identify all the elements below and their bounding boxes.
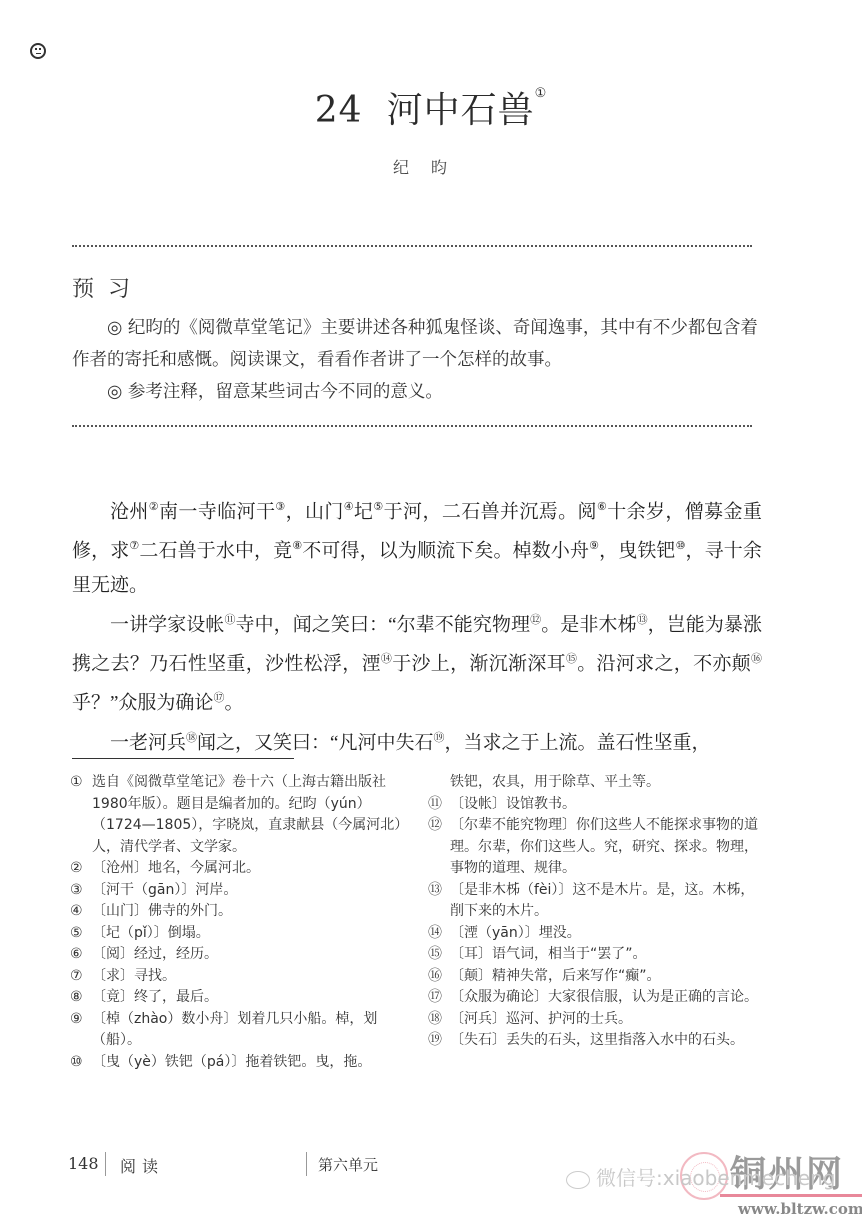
footnote-item: ⑨〔棹（zhào）数小舟〕划着几只小船。棹，划（船）。 (70, 1009, 410, 1052)
footnote-mark: ⑬ (428, 880, 450, 923)
footnote-reference[interactable]: ⑥ (597, 501, 607, 513)
author-name: 纪昀 (0, 155, 862, 178)
lesson-title-text: 河中石兽 (387, 90, 535, 131)
body-text-segment: ，山门 (286, 501, 344, 522)
body-paragraph: 沧州②南一寺临河干③，山门④圮⑤于河，二石兽并沉焉。阅⑥十余岁，僧募金重修，求⑦… (72, 490, 762, 603)
body-text-segment: ，当求之于上流。盖石性坚重， (444, 732, 710, 753)
footnote-reference[interactable]: ⑧ (292, 540, 302, 552)
footnote-item: ⑦〔求〕寻找。 (70, 966, 410, 988)
lesson-number: 24 (315, 90, 363, 131)
footnote-mark: ⑥ (70, 944, 92, 966)
footnote-mark: ⑱ (428, 1009, 450, 1031)
footnote-item: ④〔山门〕佛寺的外门。 (70, 901, 410, 923)
footnote-item: ⑲〔失石〕丢失的石头，这里指落入水中的石头。 (428, 1030, 768, 1052)
footnote-text: 〔失石〕丢失的石头，这里指落入水中的石头。 (450, 1030, 768, 1052)
footnote-reference[interactable]: ⑲ (433, 732, 444, 744)
footnote-text: 〔是非木柹（fèi）〕这不是木片。是，这。木柹，削下来的木片。 (450, 880, 768, 923)
footnote-text: 〔耳〕语气词，相当于“罢了”。 (450, 944, 768, 966)
footnote-mark: ④ (70, 901, 92, 923)
footnote-mark: ② (70, 858, 92, 880)
footnote-mark: ⑯ (428, 966, 450, 988)
wechat-icon (566, 1171, 590, 1189)
lesson-title: 24河中石兽① (0, 82, 862, 133)
body-text-segment: 于沙上，渐沉渐深耳 (392, 653, 566, 674)
footnote-mark: ⑨ (70, 1009, 92, 1052)
footnotes-right-column: 铁钯，农具，用于除草、平土等。 ⑪〔设帐〕设馆教书。⑫〔尔辈不能究物理〕你们这些… (428, 772, 768, 1052)
footnote-mark: ⑧ (70, 987, 92, 1009)
footer-section: 阅读 (120, 1154, 164, 1177)
main-text: 沧州②南一寺临河干③，山门④圮⑤于河，二石兽并沉焉。阅⑥十余岁，僧募金重修，求⑦… (72, 490, 762, 760)
footnote-mark: ⑲ (428, 1030, 450, 1052)
footnote-reference[interactable]: ③ (275, 501, 285, 513)
footnote-text: 〔圮（pǐ）〕倒塌。 (92, 923, 410, 945)
footnote-item: ⑤〔圮（pǐ）〕倒塌。 (70, 923, 410, 945)
body-text-segment: 闻之，又笑曰：“凡河中失石 (197, 732, 433, 753)
footnote-reference[interactable]: ⑨ (589, 540, 599, 552)
footnote-reference[interactable]: ⑭ (381, 653, 392, 665)
body-text-segment: 圮 (354, 501, 373, 522)
body-text-segment: 。 (224, 693, 243, 714)
watermark-url: www.bltzw.com (738, 1200, 862, 1218)
footnote-text: 〔沧州〕地名，今属河北。 (92, 858, 410, 880)
footnote-mark: ⑪ (428, 794, 450, 816)
footnote-mark: ③ (70, 880, 92, 902)
footnote-text: 〔颠〕精神失常，后来写作“癫”。 (450, 966, 768, 988)
footnote-mark: ⑭ (428, 923, 450, 945)
footnote-item: ⑬〔是非木柹（fèi）〕这不是木片。是，这。木柹，削下来的木片。 (428, 880, 768, 923)
footnote-text: 〔尔辈不能究物理〕你们这些人不能探求事物的道理。尔辈，你们这些人。究，研究、探求… (450, 815, 768, 880)
footnote-text: 选自《阅微草堂笔记》卷十六（上海古籍出版社1980年版）。题目是编者加的。纪昀（… (92, 772, 410, 858)
footnote-continuation: 铁钯，农具，用于除草、平土等。 (428, 772, 768, 794)
footnote-item: ⑥〔阅〕经过，经历。 (70, 944, 410, 966)
footnote-reference[interactable]: ④ (344, 501, 354, 513)
preview-item: ◎ 纪昀的《阅微草堂笔记》主要讲述各种狐鬼怪谈、奇闻逸事，其中有不少都包含着作者… (72, 312, 762, 376)
body-text-segment: 。是非木柹 (541, 614, 636, 635)
footnote-reference[interactable]: ⑯ (751, 653, 762, 665)
footnote-text: 〔曳（yè）铁钯（pá）〕拖着铁钯。曳，拖。 (92, 1052, 410, 1074)
footnote-reference[interactable]: ⑪ (224, 614, 235, 626)
footnote-reference[interactable]: ⑦ (129, 540, 139, 552)
footnote-item: ⑧〔竟〕终了，最后。 (70, 987, 410, 1009)
footnote-mark: ① (70, 772, 92, 858)
footnote-text: 〔阅〕经过，经历。 (92, 944, 410, 966)
footnote-item: ③〔河干（gān）〕河岸。 (70, 880, 410, 902)
preview-heading: 预习 (72, 272, 144, 303)
body-paragraph: 一讲学家设帐⑪寺中，闻之笑曰：“尔辈不能究物理⑫。是非木柹⑬，岂能为暴涨携之去？… (72, 603, 762, 721)
footnote-reference[interactable]: ⑬ (637, 614, 648, 626)
body-text-segment: 沧州 (110, 501, 149, 522)
footnote-text: 〔竟〕终了，最后。 (92, 987, 410, 1009)
preview-item: ◎ 参考注释，留意某些词古今不同的意义。 (72, 376, 762, 408)
footnote-mark: ⑤ (70, 923, 92, 945)
body-text-segment: 一老河兵 (110, 732, 186, 753)
body-text-segment: ，曳铁钯 (599, 541, 675, 562)
footnote-text: 〔求〕寻找。 (92, 966, 410, 988)
footnote-item: ⑯〔颠〕精神失常，后来写作“癫”。 (428, 966, 768, 988)
footnote-text: 〔山门〕佛寺的外门。 (92, 901, 410, 923)
dotted-divider-bottom (72, 425, 752, 427)
body-text-segment: 寺中，闻之笑曰：“尔辈不能究物理 (236, 614, 531, 635)
footnote-item: ⑱〔河兵〕巡河、护河的士兵。 (428, 1009, 768, 1031)
wechat-id: xiaobenmecheng (663, 1166, 836, 1190)
footnote-mark: ⑫ (428, 815, 450, 880)
footnote-item: ⑰〔众服为确论〕大家很信服，认为是正确的言论。 (428, 987, 768, 1009)
footnote-text: 〔河兵〕巡河、护河的士兵。 (450, 1009, 768, 1031)
body-paragraph: 一老河兵⑱闻之，又笑曰：“凡河中失石⑲，当求之于上流。盖石性坚重， (72, 721, 762, 760)
footnote-reference[interactable]: ⑩ (676, 540, 686, 552)
footnote-mark: ⑰ (428, 987, 450, 1009)
footnote-text: 〔河干（gān）〕河岸。 (92, 880, 410, 902)
footnote-text: 〔众服为确论〕大家很信服，认为是正确的言论。 (450, 987, 768, 1009)
body-text-segment: 于河，二石兽并沉焉。阅 (384, 501, 597, 522)
footnote-reference[interactable]: ⑫ (530, 614, 541, 626)
footnote-item: ⑮〔耳〕语气词，相当于“罢了”。 (428, 944, 768, 966)
body-text-segment: 不可得，以为顺流下矣。棹数小舟 (302, 541, 589, 562)
footnote-item: ②〔沧州〕地名，今属河北。 (70, 858, 410, 880)
body-text-segment: 乎？”众服为确论 (72, 693, 213, 714)
footnote-mark: ⑦ (70, 966, 92, 988)
watermark-wechat: 微信号:xiaobenmecheng (566, 1162, 835, 1191)
page-number: 148 (68, 1154, 99, 1173)
footer-divider (105, 1152, 106, 1176)
wechat-label: 微信号: (596, 1166, 663, 1190)
body-text-segment: 。沿河求之，不亦颠 (577, 653, 751, 674)
footer-divider (306, 1152, 307, 1176)
body-text-segment: 二石兽于水中，竟 (139, 541, 292, 562)
title-footnote-mark[interactable]: ① (535, 86, 548, 101)
footnote-reference[interactable]: ⑤ (373, 501, 383, 513)
footnote-reference[interactable]: ⑮ (566, 653, 577, 665)
body-text-segment: 南一寺临河干 (159, 501, 275, 522)
neutral-face-icon (30, 43, 46, 59)
footnote-item: ⑩〔曳（yè）铁钯（pá）〕拖着铁钯。曳，拖。 (70, 1052, 410, 1074)
footnote-rule (72, 758, 294, 759)
footnote-item: ⑫〔尔辈不能究物理〕你们这些人不能探求事物的道理。尔辈，你们这些人。究，研究、探… (428, 815, 768, 880)
footnote-mark: ⑩ (70, 1052, 92, 1074)
footnote-text: 〔湮（yān）〕埋没。 (450, 923, 768, 945)
footnote-reference[interactable]: ② (149, 501, 159, 513)
watermark-underline (720, 1194, 862, 1197)
dotted-divider-top (72, 245, 752, 247)
footnote-reference[interactable]: ⑰ (213, 692, 224, 704)
footnote-item: ⑪〔设帐〕设馆教书。 (428, 794, 768, 816)
footnote-mark: ⑮ (428, 944, 450, 966)
footnotes-left-column: ①选自《阅微草堂笔记》卷十六（上海古籍出版社1980年版）。题目是编者加的。纪昀… (70, 772, 410, 1073)
footnote-item: ①选自《阅微草堂笔记》卷十六（上海古籍出版社1980年版）。题目是编者加的。纪昀… (70, 772, 410, 858)
body-text-segment: 一讲学家设帐 (110, 614, 224, 635)
footnote-item: ⑭〔湮（yān）〕埋没。 (428, 923, 768, 945)
preview-section: ◎ 纪昀的《阅微草堂笔记》主要讲述各种狐鬼怪谈、奇闻逸事，其中有不少都包含着作者… (72, 312, 762, 408)
footer-unit: 第六单元 (318, 1154, 378, 1175)
footnote-text: 〔设帐〕设馆教书。 (450, 794, 768, 816)
footnote-reference[interactable]: ⑱ (186, 732, 197, 744)
footnote-text: 〔棹（zhào）数小舟〕划着几只小船。棹，划（船）。 (92, 1009, 410, 1052)
